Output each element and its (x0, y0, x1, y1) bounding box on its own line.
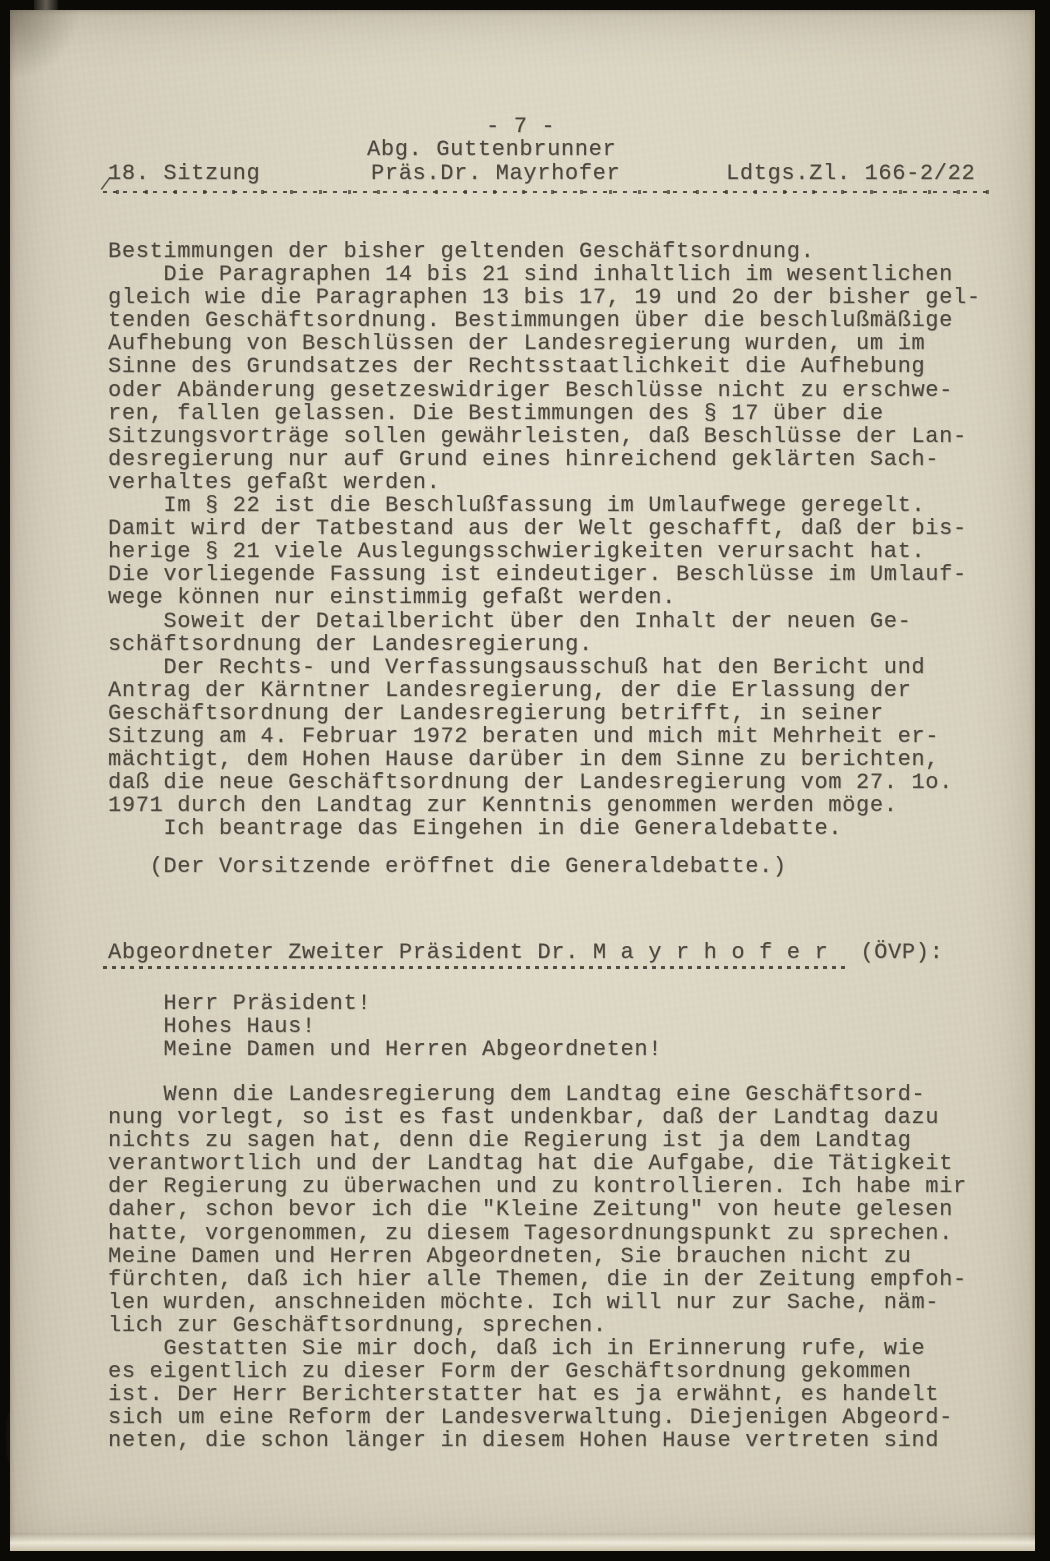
text-line: Soweit der Detailbericht über den Inhalt… (108, 610, 981, 633)
speech-body: Wenn die Landesregierung dem Landtag ein… (108, 1083, 967, 1453)
text-line: Ich beantrage das Eingehen in die Genera… (108, 817, 981, 840)
header-file-number: Ldtgs.Zl. 166-2/22 (726, 162, 975, 185)
text-line: Gestatten Sie mir doch, daß ich in Erinn… (108, 1337, 967, 1360)
speaker-party-label: (ÖVP): (860, 941, 943, 964)
speaker-heading-title: Abgeordneter Zweiter Präsident Dr. M a y… (108, 941, 828, 964)
text-line: Sinne des Grundsatzes der Rechtsstaatlic… (108, 355, 981, 378)
text-line: Antrag der Kärntner Landesregierung, der… (108, 679, 981, 702)
text-line: es eigentlich zu dieser Form der Geschäf… (108, 1360, 967, 1383)
text-line: 1971 durch den Landtag zur Kenntnis geno… (108, 794, 981, 817)
text-line: Hohes Haus! (108, 1015, 662, 1038)
scanner-edge-smudge (34, 0, 58, 10)
text-line: verhaltes gefaßt werden. (108, 471, 981, 494)
text-line: len wurden, anschneiden möchte. Ich will… (108, 1291, 967, 1314)
text-line: herige § 21 viele Auslegungsschwierigkei… (108, 540, 981, 563)
text-line: nichts zu sagen hat, denn die Regierung … (108, 1129, 967, 1152)
text-line: Damit wird der Tatbestand aus der Welt g… (108, 517, 981, 540)
text-line: ren, fallen gelassen. Die Bestimmungen d… (108, 402, 981, 425)
document-paper: - 7 - Abg. Guttenbrunner 18. Sitzung Prä… (10, 10, 1035, 1551)
text-line: fürchten, daß ich hier alle Themen, die … (108, 1268, 967, 1291)
text-line: der Regierung zu überwachen und zu kontr… (108, 1175, 967, 1198)
text-line: lich zur Geschäftsordnung, sprechen. (108, 1314, 967, 1337)
text-line: Sitzung am 4. Februar 1972 beraten und m… (108, 725, 981, 748)
text-line: Meine Damen und Herren Abgeordneten, Sie… (108, 1245, 967, 1268)
text-line: wege können nur einstimmig gefaßt werden… (108, 586, 981, 609)
text-line: Die Paragraphen 14 bis 21 sind inhaltlic… (108, 263, 981, 286)
text-line: Bestimmungen der bisher geltenden Geschä… (108, 240, 981, 263)
header-session-number: 18. Sitzung (108, 162, 260, 185)
header-dotted-rule (103, 190, 990, 194)
text-line: hatte, vorgenommen, zu diesem Tagesordnu… (108, 1222, 967, 1245)
speaker-heading: Abgeordneter Zweiter Präsident Dr. M a y… (108, 941, 943, 964)
text-line: Meine Damen und Herren Abgeordneten! (108, 1038, 662, 1061)
text-line: oder Abänderung gesetzeswidriger Beschlü… (108, 379, 981, 402)
text-line: ist. Der Herr Berichterstatter hat es ja… (108, 1383, 967, 1406)
scanned-page: - 7 - Abg. Guttenbrunner 18. Sitzung Prä… (0, 0, 1050, 1561)
text-line: Der Rechts- und Verfassungsausschuß hat … (108, 656, 981, 679)
header-name-mayrhofer: Präs.Dr. Mayrhofer (371, 162, 620, 185)
speaker-heading-underline (103, 966, 845, 969)
report-paragraphs: Bestimmungen der bisher geltenden Geschä… (108, 240, 981, 840)
text-line: nung vorlegt, so ist es fast undenkbar, … (108, 1106, 967, 1129)
paper-bottom-edge (10, 1533, 1035, 1551)
speech-salutation: Herr Präsident! Hohes Haus! Meine Damen … (108, 992, 662, 1061)
stage-direction: (Der Vorsitzende eröffnet die Generaldeb… (108, 855, 787, 878)
header-name-guttenbrunner: Abg. Guttenbrunner (367, 138, 616, 161)
text-line: desregierung nur auf Grund eines hinreic… (108, 448, 981, 471)
text-line: Wenn die Landesregierung dem Landtag ein… (108, 1083, 967, 1106)
text-line: Die vorliegende Fassung ist eindeutiger.… (108, 563, 981, 586)
text-line: schäftsordnung der Landesregierung. (108, 633, 981, 656)
text-line: sich um eine Reform der Landesverwaltung… (108, 1406, 967, 1429)
page-number: - 7 - (486, 115, 555, 138)
text-line: Aufhebung von Beschlüssen der Landesregi… (108, 332, 981, 355)
text-line: mächtigt, dem Hohen Hause darüber in dem… (108, 748, 981, 771)
text-line: neten, die schon länger in diesem Hohen … (108, 1429, 967, 1452)
text-line: daß die neue Geschäftsordnung der Landes… (108, 771, 981, 794)
text-line: tenden Geschäftsordnung. Bestimmungen üb… (108, 309, 981, 332)
text-line: daher, schon bevor ich die "Kleine Zeitu… (108, 1198, 967, 1221)
text-line: Herr Präsident! (108, 992, 662, 1015)
text-line: gleich wie die Paragraphen 13 bis 17, 19… (108, 286, 981, 309)
text-line: Im § 22 ist die Beschlußfassung im Umlau… (108, 494, 981, 517)
text-line: Geschäftsordnung der Landesregierung bet… (108, 702, 981, 725)
text-line: Sitzungsvorträge sollen gewährleisten, d… (108, 425, 981, 448)
text-line: verantwortlich und der Landtag hat die A… (108, 1152, 967, 1175)
